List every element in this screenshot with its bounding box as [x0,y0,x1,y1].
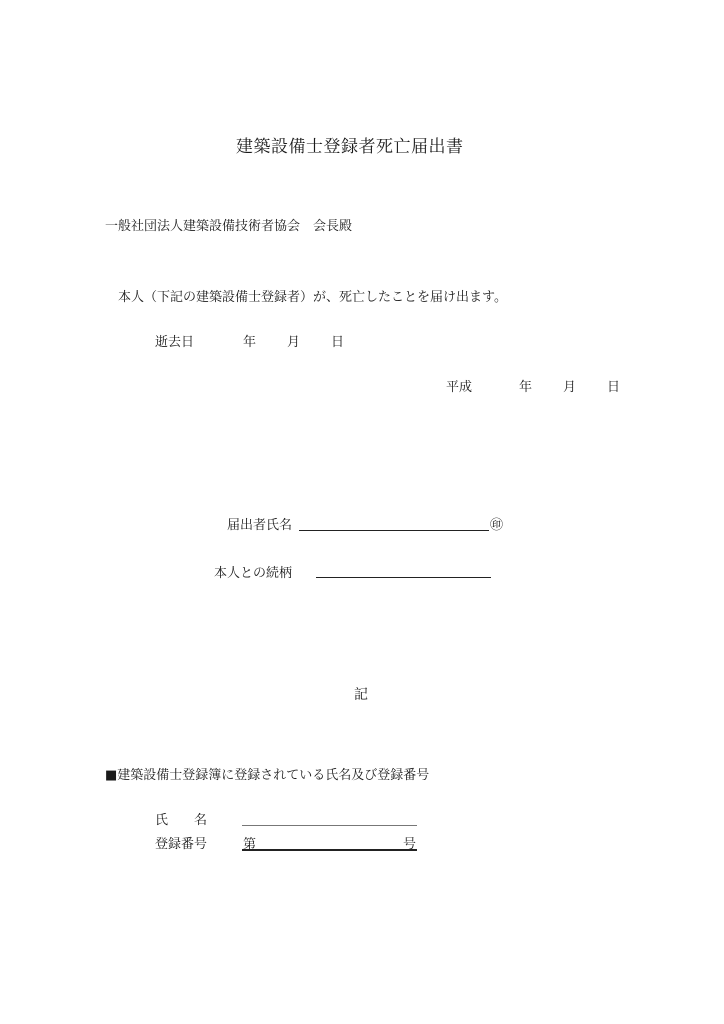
death-date-day: 日 [331,331,344,350]
submission-date-day: 日 [607,376,620,395]
statement-text: 本人（下記の建築設備士登録者）が、死亡したことを届け出ます。 [118,286,507,305]
submitter-name-label: 届出者氏名 [227,514,292,533]
addressee: 一般社団法人建築設備技術者協会 会長殿 [105,215,352,234]
death-date-year: 年 [243,331,256,350]
death-date-label: 逝去日 [155,331,194,350]
name-field[interactable] [242,825,417,826]
document-title: 建築設備士登録者死亡届出書 [236,132,464,157]
relationship-label: 本人との続柄 [214,562,292,581]
name-label: 氏 名 [155,809,207,828]
section-heading: ■建築設備士登録簿に登録されている氏名及び登録番号 [105,764,429,783]
ki-heading: 記 [354,684,368,704]
submission-date-month: 月 [563,376,576,395]
reg-number-label: 登録番号 [155,833,207,852]
reg-number-field[interactable] [242,849,417,851]
relationship-field[interactable] [316,577,491,578]
submission-date-year: 年 [519,376,532,395]
death-date-month: 月 [287,331,300,350]
seal-icon: ㊞ [490,514,503,533]
submitter-name-field[interactable] [299,530,489,531]
submission-date-era: 平成 [446,376,472,395]
